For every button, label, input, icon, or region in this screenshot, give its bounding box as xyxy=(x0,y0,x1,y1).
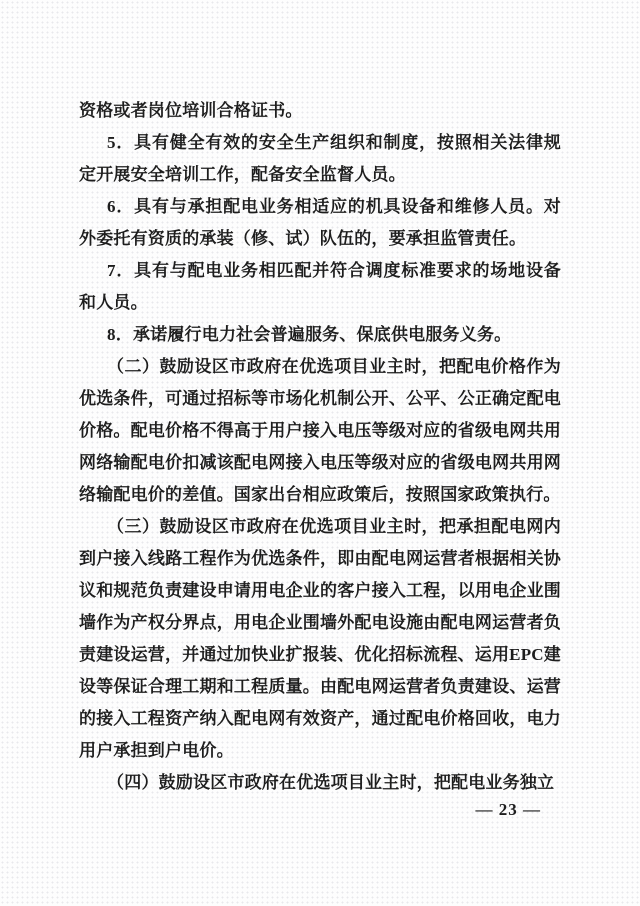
paragraph-item-6: 6．具有与承担配电业务相适应的机具设备和维修人员。对外委托有资质的承装（修、试）… xyxy=(79,191,561,255)
paragraph-continuation: 资格或者岗位培训合格证书。 xyxy=(79,95,561,127)
paragraph-item-8: 8．承诺履行电力社会普遍服务、保底供电服务义务。 xyxy=(79,319,561,351)
paragraph-item-5: 5．具有健全有效的安全生产组织和制度，按照相关法律规定开展安全培训工作，配备安全… xyxy=(79,127,561,191)
paragraph-section-2: （二）鼓励设区市政府在优选项目业主时，把配电价格作为优选条件，可通过招标等市场化… xyxy=(79,351,561,511)
document-body: 资格或者岗位培训合格证书。 5．具有健全有效的安全生产组织和制度，按照相关法律规… xyxy=(79,95,561,799)
page-number: — 23 — xyxy=(476,800,542,820)
paragraph-item-7: 7．具有与配电业务相匹配并符合调度标准要求的场地设备和人员。 xyxy=(79,255,561,319)
paragraph-section-4: （四）鼓励设区市政府在优选项目业主时，把配电业务独立 xyxy=(79,767,561,799)
document-page: 资格或者岗位培训合格证书。 5．具有健全有效的安全生产组织和制度，按照相关法律规… xyxy=(0,0,640,906)
paragraph-section-3: （三）鼓励设区市政府在优选项目业主时，把承担配电网内到户接入线路工程作为优选条件… xyxy=(79,511,561,767)
